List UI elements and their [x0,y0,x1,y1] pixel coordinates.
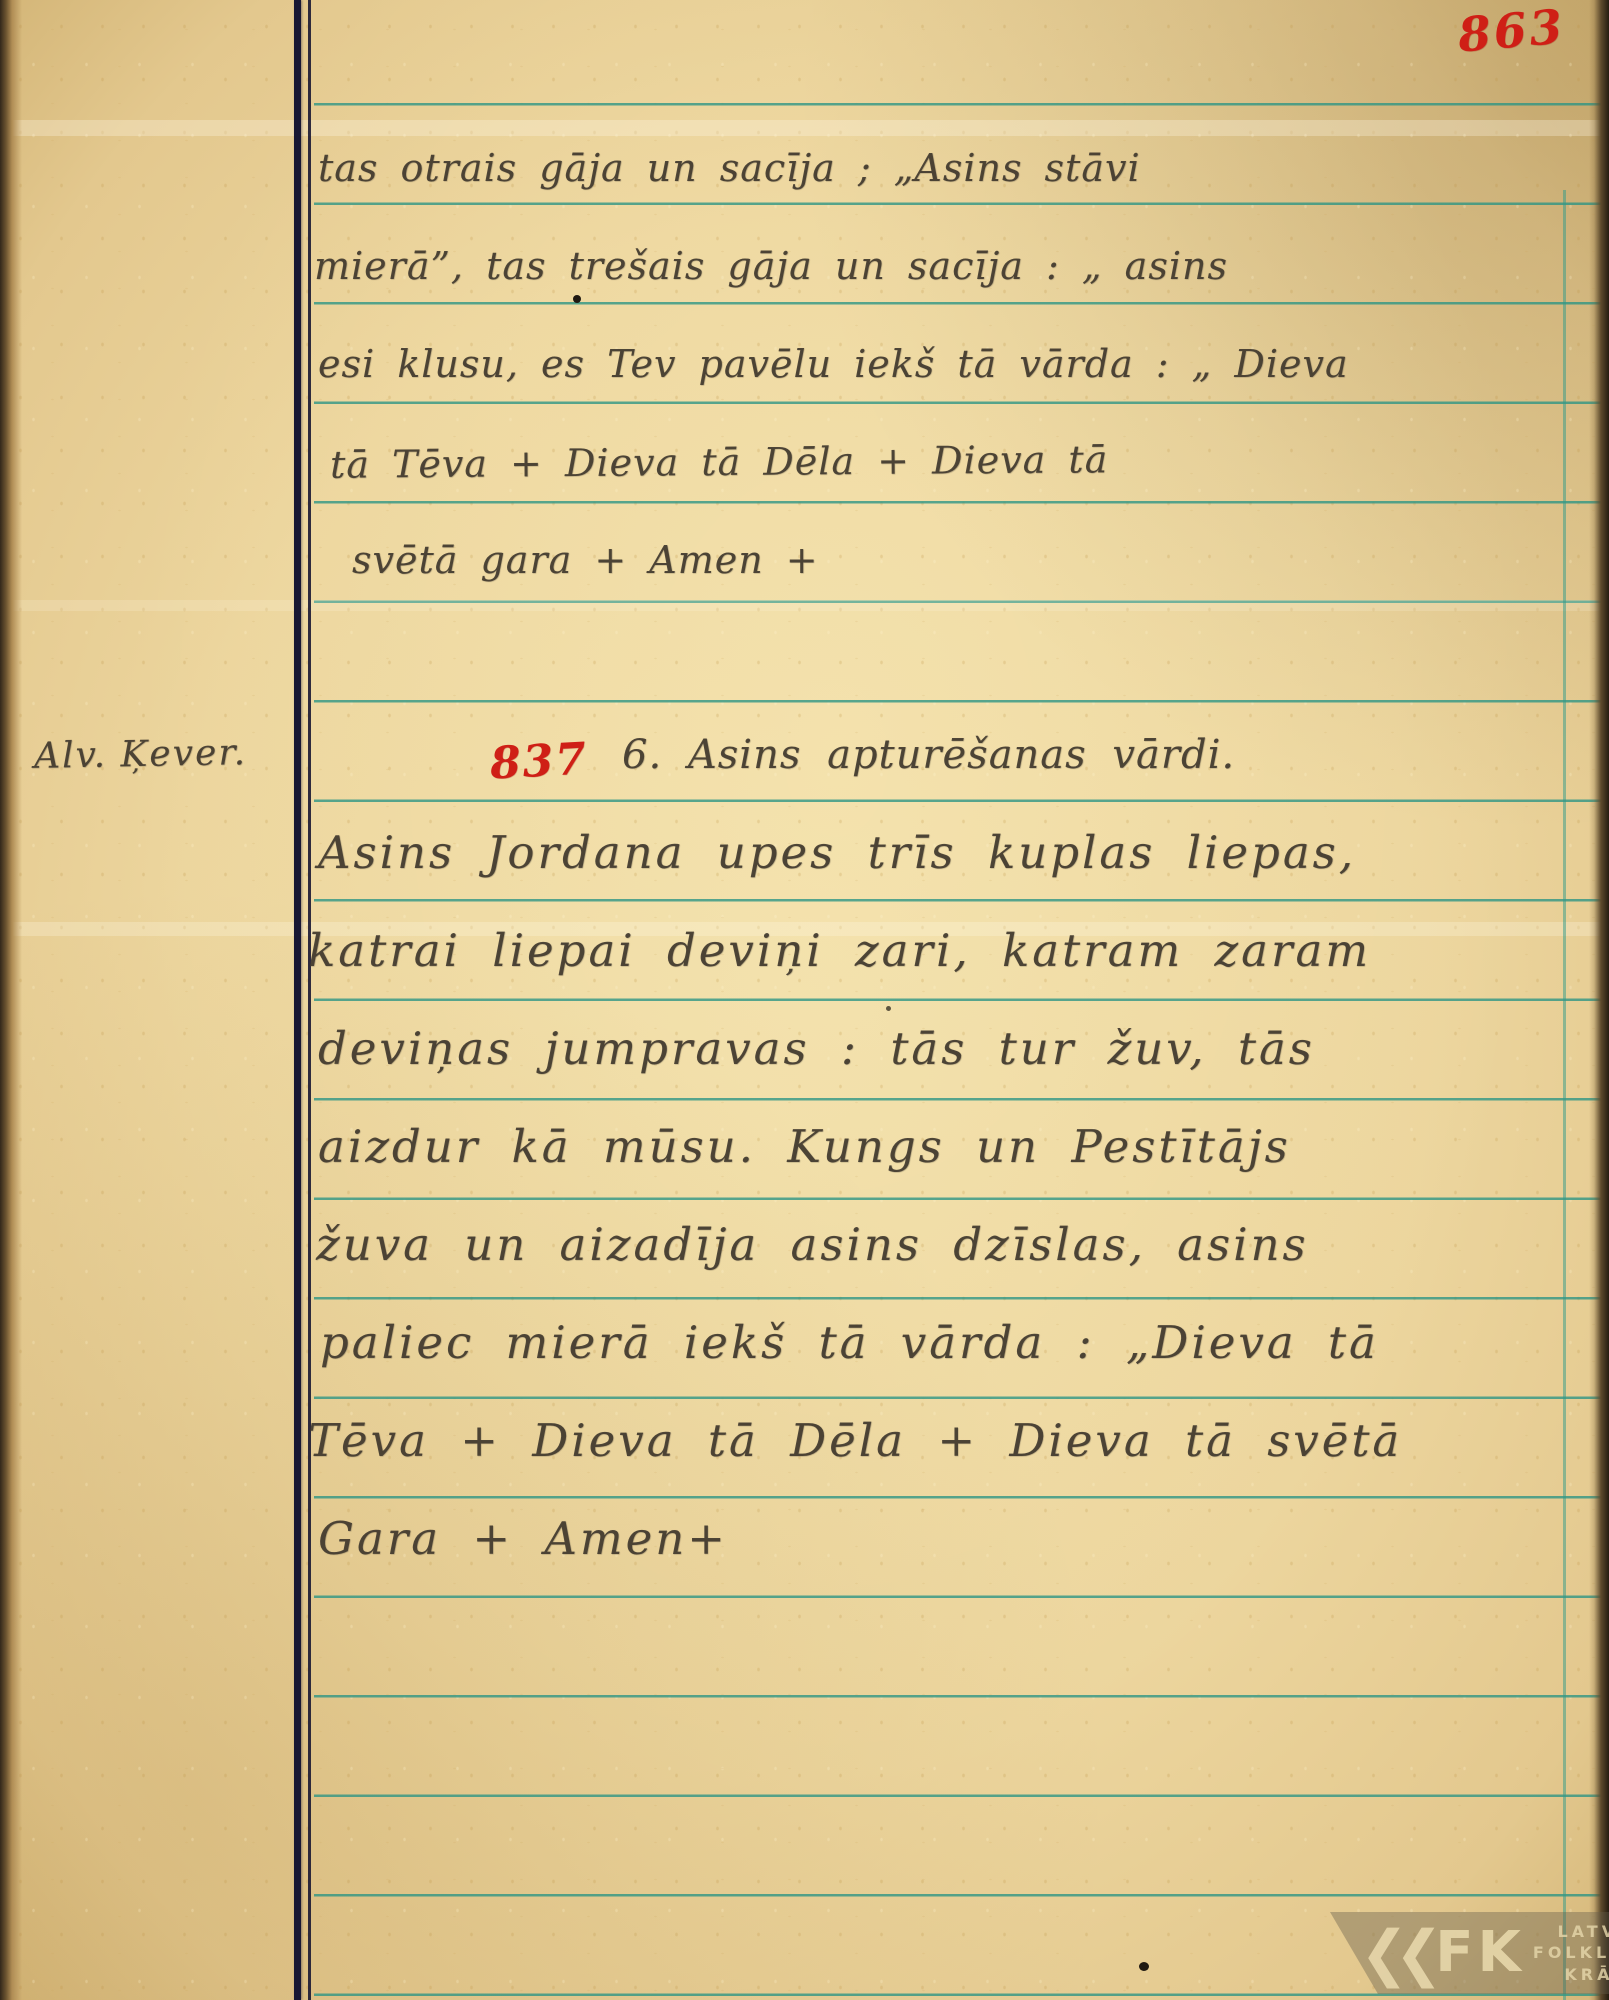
handwritten-line: mierā”, tas trešais gāja un sacīja : „ a… [314,244,1228,288]
handwritten-line: tā Tēva + Dieva tā Dēla + Dieva tā [330,437,1109,486]
scan-light-band [0,600,1609,611]
handwritten-line: katrai liepai deviņi zari, katram zaram [308,924,1371,977]
watermark-text-line: FOLKLORAS [1533,1942,1609,1964]
entry-number: 837 [489,733,589,789]
paper-texture [0,0,1609,2000]
manuscript-page: 863 Alv. Ķever. tas otrais gāja un sacīj… [0,0,1609,2000]
lfk-logo-icon: ❮ ❮ F K [1360,1924,1519,1982]
handwritten-line: paliec mierā iekš tā vārda : „Dieva tā [320,1316,1379,1369]
margin-rule-line [294,0,301,2000]
watermark-text-line: LATVIEŠU [1533,1921,1609,1943]
ruled-lines [314,6,1601,1996]
ink-speck [1139,1962,1149,1971]
page-edge-left [0,0,22,2000]
page-edge-right [1589,0,1609,2000]
watermark-text-line: KRĀTUVE [1533,1964,1609,1986]
margin-note-collector: Alv. Ķever. [34,732,248,777]
handwritten-line: Asins Jordana upes trīs kuplas liepas, [318,826,1356,879]
right-margin-line [1563,190,1566,2000]
handwritten-line: deviņas jumpravas : tās tur žuv, tās [318,1022,1315,1075]
page-number: 863 [1456,0,1567,64]
chevron-icon: ❮ [1395,1923,1444,1984]
ink-speck [573,295,581,303]
archive-watermark: ❮ ❮ F K LATVIEŠU FOLKLORAS KRĀTUVE [1330,1912,1609,1994]
scan-light-band [0,120,1609,136]
handwritten-line: tas otrais gāja un sacīja ; „Asins stāvi [318,146,1141,190]
watermark-text: LATVIEŠU FOLKLORAS KRĀTUVE [1533,1921,1609,1986]
margin-rule-line-thin [308,0,311,2000]
handwritten-line: svētā gara + Amen + [352,538,819,582]
handwritten-line: esi klusu, es Tev pavēlu iekš tā vārda :… [318,342,1349,386]
logo-letter-k: K [1477,1925,1518,1981]
handwritten-line: Tēva + Dieva tā Dēla + Dieva tā svētā [308,1414,1402,1467]
handwritten-line: Gara + Amen+ [318,1512,728,1565]
handwritten-line: aizdur kā mūsu. Kungs un Pestītājs [318,1120,1291,1173]
entry-heading: 6. Asins apturēšanas vārdi. [622,732,1235,778]
ink-speck [886,1006,891,1011]
handwritten-line: žuva un aizadīja asins dzīslas, asins [316,1218,1309,1271]
